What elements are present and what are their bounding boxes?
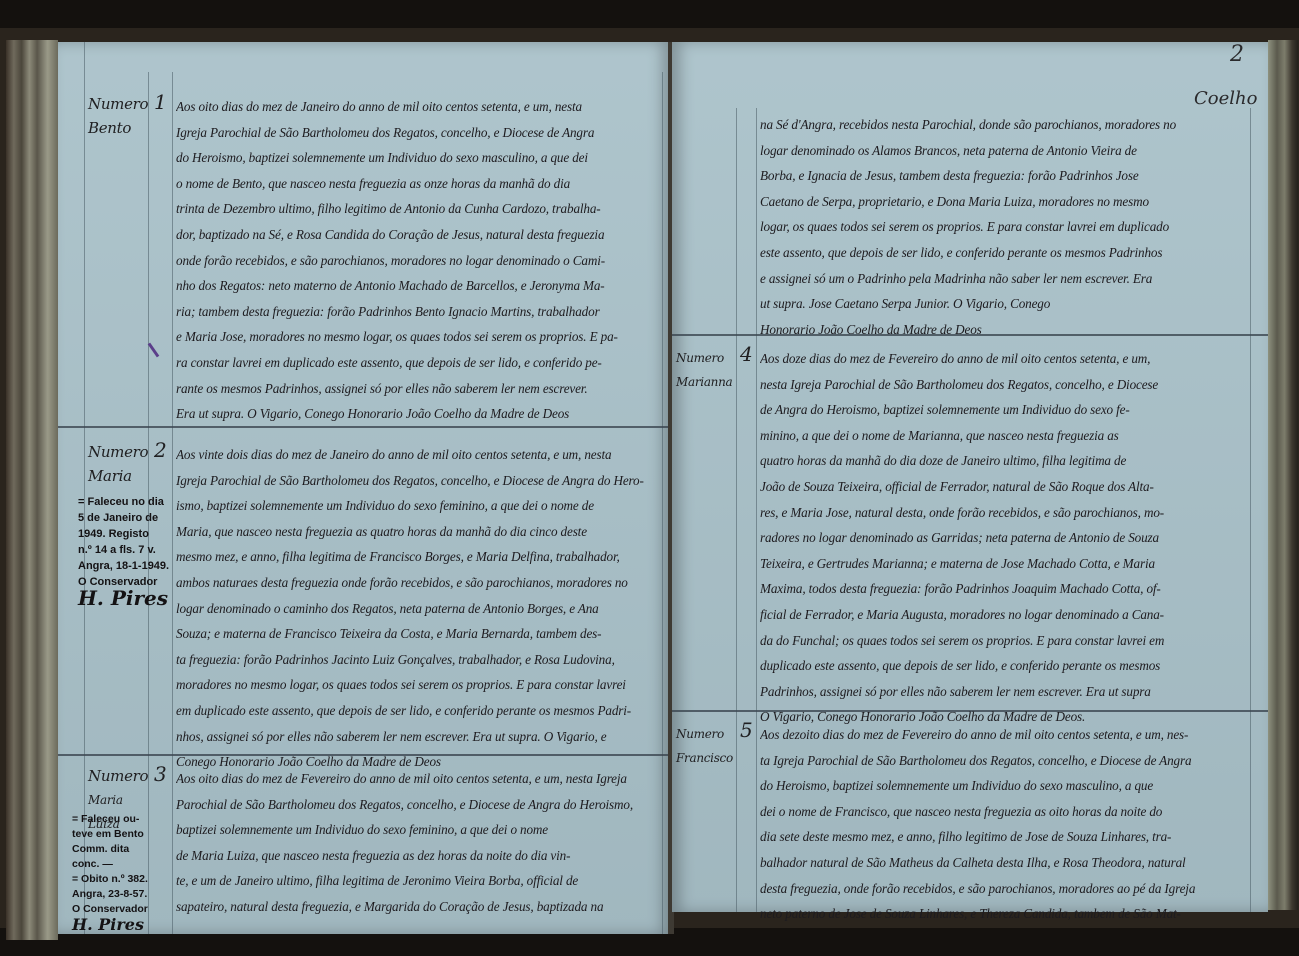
right-margin-rule [662,72,663,934]
purple-ink-mark [148,343,160,358]
entry-text: Aos oito dias do mez de Fevereiro do ann… [176,766,660,920]
entry-number: 2 [154,438,167,462]
entry-number: 1 [154,90,167,114]
catchword: Coelho [1194,88,1257,109]
number-column-rule [172,72,173,934]
entry-margin-name: Numero Bento [88,92,148,140]
margin-rule [84,42,85,934]
entry-margin-name: Numero Maria [88,440,148,488]
conservador-signature: H. Pires [72,917,148,932]
civil-registry-annotation: = Faleceu ou- teve em Bento Comm. dita c… [72,812,148,932]
left-page: Numero Bento 1 Aos oito dias do mez de J… [58,42,670,934]
left-page-stack-edge [6,40,58,940]
civil-registry-annotation: = Faleceu no dia 5 de Janeiro de 1949. R… [78,494,169,606]
entry-margin-name: Numero Francisco [676,722,733,770]
number-column-rule [756,108,757,912]
right-page: 2 Coelho na Sé d'Angra, recebidos nesta … [672,42,1268,912]
entry-text: Aos doze dias do mez de Fevereiro do ann… [760,346,1246,730]
entry-text: Aos dezoito dias do mez de Fevereiro do … [760,722,1246,927]
right-margin-rule [1250,108,1251,912]
right-page-stack-edge [1268,40,1298,910]
entry-continuation-text: na Sé d'Angra, recebidos nesta Parochial… [760,112,1246,342]
entry-number: 5 [740,718,753,742]
conservador-signature: H. Pires [78,590,169,606]
entry-margin-name: Numero Marianna [676,346,732,394]
entry-text: Aos oito dias do mez de Janeiro do anno … [176,94,660,427]
entry-text: Aos vinte dois dias do mez de Janeiro do… [176,442,660,775]
name-column-rule [736,108,737,912]
page-number: 2 [1230,42,1244,67]
entry-number: 3 [154,762,167,786]
entry-number: 4 [740,342,753,366]
